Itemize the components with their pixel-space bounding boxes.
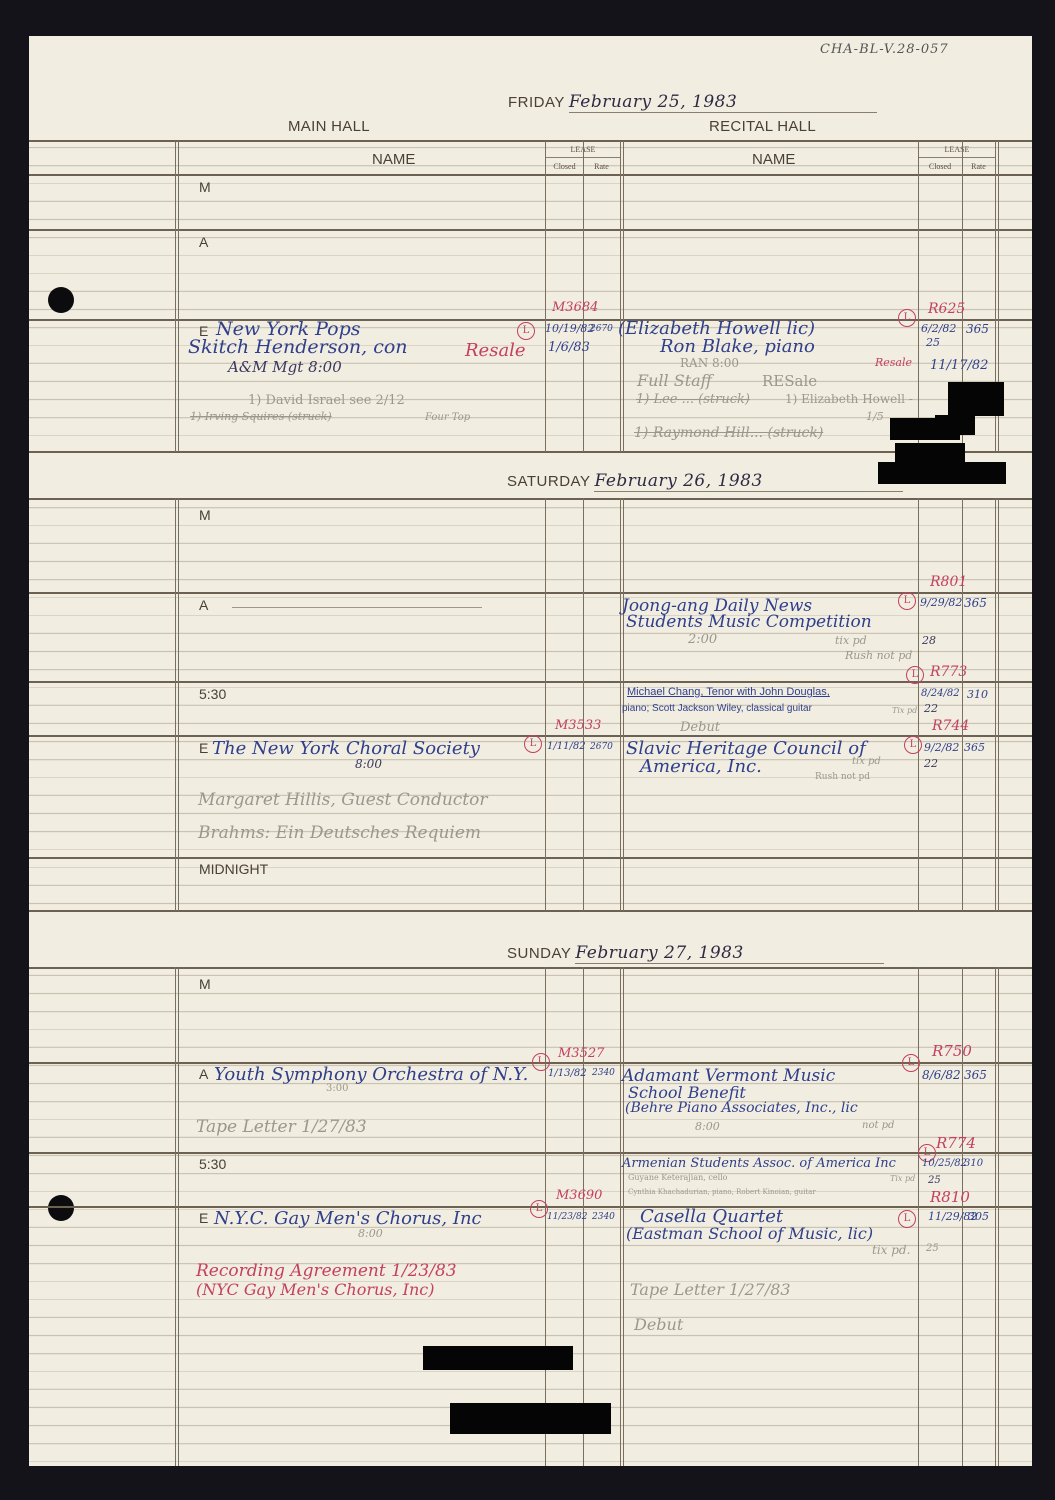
closed-date: 1/13/82 (548, 1068, 587, 1079)
booking-line: (Behre Piano Associates, Inc., lic (625, 1100, 858, 1116)
slot-m: M (199, 507, 211, 523)
red-note: Recording Agreement 1/23/83 (196, 1261, 457, 1281)
redaction-box (450, 1403, 611, 1434)
column-rule (995, 498, 996, 911)
pencil-note: Rush not pd (845, 649, 912, 662)
column-rule (175, 967, 176, 1466)
column-rule (998, 498, 999, 911)
rate-value: 2340 (592, 1068, 615, 1078)
pencil-note: Tix pd (892, 706, 917, 715)
booking-line: Ron Blake, piano (660, 336, 815, 357)
binder-hole-bottom (48, 1195, 74, 1221)
rate-note: 25 (926, 336, 940, 349)
lease-number: M3527 (558, 1046, 604, 1061)
resale-date: 1/6/83 (548, 340, 590, 355)
pencil-note: 1) Irving Squires (struck) (190, 410, 332, 423)
lease-number: R625 (928, 301, 965, 317)
pencil-note: tix pd (852, 756, 881, 767)
pencil-note: 2:00 (688, 632, 717, 647)
rate-value: 365 (966, 322, 989, 336)
slot-530: 5:30 (199, 1156, 226, 1172)
resale-date: 11/17/82 (930, 358, 988, 373)
slot-a: A (199, 597, 208, 613)
redaction-box (948, 382, 1004, 416)
column-rule (178, 498, 179, 911)
rate-value: 365 (964, 741, 985, 754)
pencil-note: Tix pd (890, 1174, 915, 1183)
struck-entry (232, 597, 482, 608)
pencil-note: Four Top (425, 412, 470, 423)
pencil-note: Debut (680, 720, 720, 735)
lease-mark-circle: L (898, 592, 916, 610)
lease-mark-circle: L (906, 666, 924, 684)
column-rule (583, 141, 584, 452)
closed-date: 10/19/82 (545, 322, 594, 335)
slot-m: M (199, 179, 211, 195)
document-reference: CHA-BL-V.28-057 (820, 42, 949, 57)
red-note: (NYC Gay Men's Chorus, Inc) (196, 1280, 435, 1299)
closed-date: 11/23/82 (547, 1212, 587, 1222)
column-rule (175, 141, 176, 452)
lease-number: R744 (932, 718, 969, 734)
pencil-note: Tape Letter 1/27/83 (630, 1280, 791, 1299)
pencil-note: Tape Letter 1/27/83 (196, 1117, 367, 1137)
pencil-note: 1) David Israel see 2/12 (248, 393, 405, 408)
day-heading-saturday: SATURDAYFebruary 26, 1983 (507, 471, 903, 491)
pencil-note: tix pd (835, 634, 867, 647)
pencil-note: 25 (926, 1243, 939, 1254)
lease-number: R810 (930, 1188, 970, 1206)
lease-number: M3690 (556, 1188, 602, 1203)
column-rule (545, 498, 546, 911)
recital-hall-heading: RECITAL HALL (709, 118, 816, 135)
lease-mark-circle: L (904, 736, 922, 754)
booking-name: Armenian Students Assoc. of America Inc (622, 1156, 896, 1171)
redaction-box (423, 1346, 573, 1370)
column-rule (962, 498, 963, 911)
recital-lease-header: LEASE (919, 145, 995, 154)
redaction-box (878, 462, 1006, 484)
booking-line: (Eastman School of Music, lic) (626, 1224, 873, 1243)
slot-e: E (199, 1210, 208, 1226)
main-hall-heading: MAIN HALL (288, 118, 370, 135)
rate-value: 310 (967, 688, 988, 701)
pencil-note: Debut (634, 1315, 683, 1334)
lease-number: R750 (932, 1042, 972, 1060)
slot-a: A (199, 234, 208, 250)
column-rule (175, 498, 176, 911)
column-rule (620, 498, 621, 911)
day-date: February 25, 1983 (569, 92, 877, 113)
column-rule (545, 141, 546, 452)
column-rule (995, 967, 996, 1466)
booking-line: 8:00 (358, 1227, 383, 1240)
column-rule (918, 498, 919, 911)
booking-line: A&M Mgt 8:00 (228, 358, 342, 376)
rate-value: 365 (964, 596, 987, 610)
booking-line: Skitch Henderson, con (188, 336, 408, 358)
rate-note: 25 (928, 1175, 941, 1186)
column-rule (583, 498, 584, 911)
closed-date: 9/2/82 (924, 741, 959, 754)
closed-date: 1/11/82 (547, 741, 586, 752)
pencil-note: Rush not pd (815, 772, 870, 782)
binder-hole-top (48, 287, 74, 313)
day-heading-sunday: SUNDAYFebruary 27, 1983 (507, 943, 884, 963)
lease-mark-circle: L (524, 735, 542, 753)
day-date: February 26, 1983 (594, 471, 902, 492)
day-heading-friday: FRIDAYFebruary 25, 1983 (508, 92, 877, 112)
column-rule (178, 141, 179, 452)
pencil-note: 1) Elizabeth Howell - (785, 392, 913, 406)
pencil-note: Margaret Hillis, Guest Conductor (198, 790, 488, 810)
rate-value: 2340 (592, 1212, 615, 1222)
resale-label: Resale (875, 356, 912, 369)
column-rule (620, 967, 621, 1466)
booking-line: Students Music Competition (626, 612, 872, 632)
pencil-note: Guyane Keterajian, cello (628, 1173, 728, 1182)
lease-mark-circle: L (530, 1200, 548, 1218)
rate-note: 28 (922, 634, 936, 647)
header-rule (29, 140, 1032, 142)
slot-midnight: MIDNIGHT (199, 861, 268, 877)
redaction-box (935, 415, 975, 435)
pencil-note: Cynthia Khachadurian, piano, Robert Kino… (628, 1188, 816, 1196)
closed-date: 8/6/82 (922, 1068, 961, 1082)
booking-name: Michael Chang, Tenor with John Douglas, (627, 686, 830, 698)
slot-530: 5:30 (199, 686, 226, 702)
lease-number: R773 (930, 664, 967, 680)
rate-note: 22 (924, 757, 938, 770)
pencil-note: RAN 8:00 (680, 356, 739, 370)
pencil-note: Full Staff (637, 371, 712, 390)
pencil-note: 1/5 (866, 410, 884, 423)
rate-note: 22 (924, 702, 938, 715)
closed-date: 8/24/82 (921, 688, 960, 699)
closed-date: 10/25/82 (922, 1158, 967, 1169)
lease-mark-circle: L (898, 309, 916, 327)
column-rule (918, 967, 919, 1466)
booking-line: America, Inc. (640, 756, 762, 777)
pencil-note: tix pd. (872, 1243, 910, 1257)
pencil-note: 8:00 (695, 1120, 720, 1133)
pencil-note: 1) Lee ... (struck) (636, 392, 750, 407)
lease-number: R774 (936, 1134, 976, 1152)
booking-name: N.Y.C. Gay Men's Chorus, Inc (214, 1208, 482, 1229)
main-rate-header: Rate (583, 162, 620, 171)
main-name-header: NAME (372, 151, 415, 168)
rate-value: 365 (964, 1068, 987, 1082)
lease-mark-circle: L (898, 1210, 916, 1228)
column-rule (178, 967, 179, 1466)
main-closed-header: Closed (546, 162, 583, 171)
booking-line: piano; Scott Jackson Wiley, classical gu… (622, 703, 812, 714)
day-date: February 27, 1983 (575, 943, 883, 964)
slot-e: E (199, 740, 208, 756)
closed-date: 9/29/82 (920, 596, 962, 609)
recital-name-header: NAME (752, 151, 795, 168)
lease-mark-circle: L (517, 322, 535, 340)
column-rule (998, 967, 999, 1466)
booking-name: Youth Symphony Orchestra of N.Y. (214, 1064, 528, 1085)
lease-number: M3684 (552, 300, 598, 315)
pencil-note: 3:00 (326, 1083, 348, 1094)
pencil-note: RESale (762, 372, 817, 390)
pencil-note: Brahms: Ein Deutsches Requiem (198, 823, 481, 843)
rate-value: 2670 (590, 742, 613, 752)
recital-rate-header: Rate (962, 162, 995, 171)
lease-mark-circle: L (902, 1054, 920, 1072)
booking-name: The New York Choral Society (212, 738, 480, 759)
column-rule (623, 141, 624, 452)
rate-value: 310 (964, 1158, 983, 1169)
column-header-rule (29, 174, 1032, 176)
slot-a: A (199, 1066, 208, 1082)
rate-value: 305 (968, 1210, 989, 1223)
lease-number: R801 (930, 574, 967, 590)
resale-label: Resale (465, 340, 526, 361)
recital-closed-header: Closed (919, 162, 961, 171)
lease-number: M3533 (555, 718, 601, 733)
closed-date: 6/2/82 (921, 322, 956, 335)
column-rule (620, 141, 621, 452)
column-rule (918, 141, 919, 452)
booking-line: 8:00 (355, 757, 382, 771)
pencil-note: not pd (862, 1120, 894, 1131)
slot-m: M (199, 976, 211, 992)
column-rule (623, 967, 624, 1466)
rate-value: 2670 (590, 324, 613, 334)
pencil-note: 1) Raymond Hill... (struck) (634, 425, 823, 441)
